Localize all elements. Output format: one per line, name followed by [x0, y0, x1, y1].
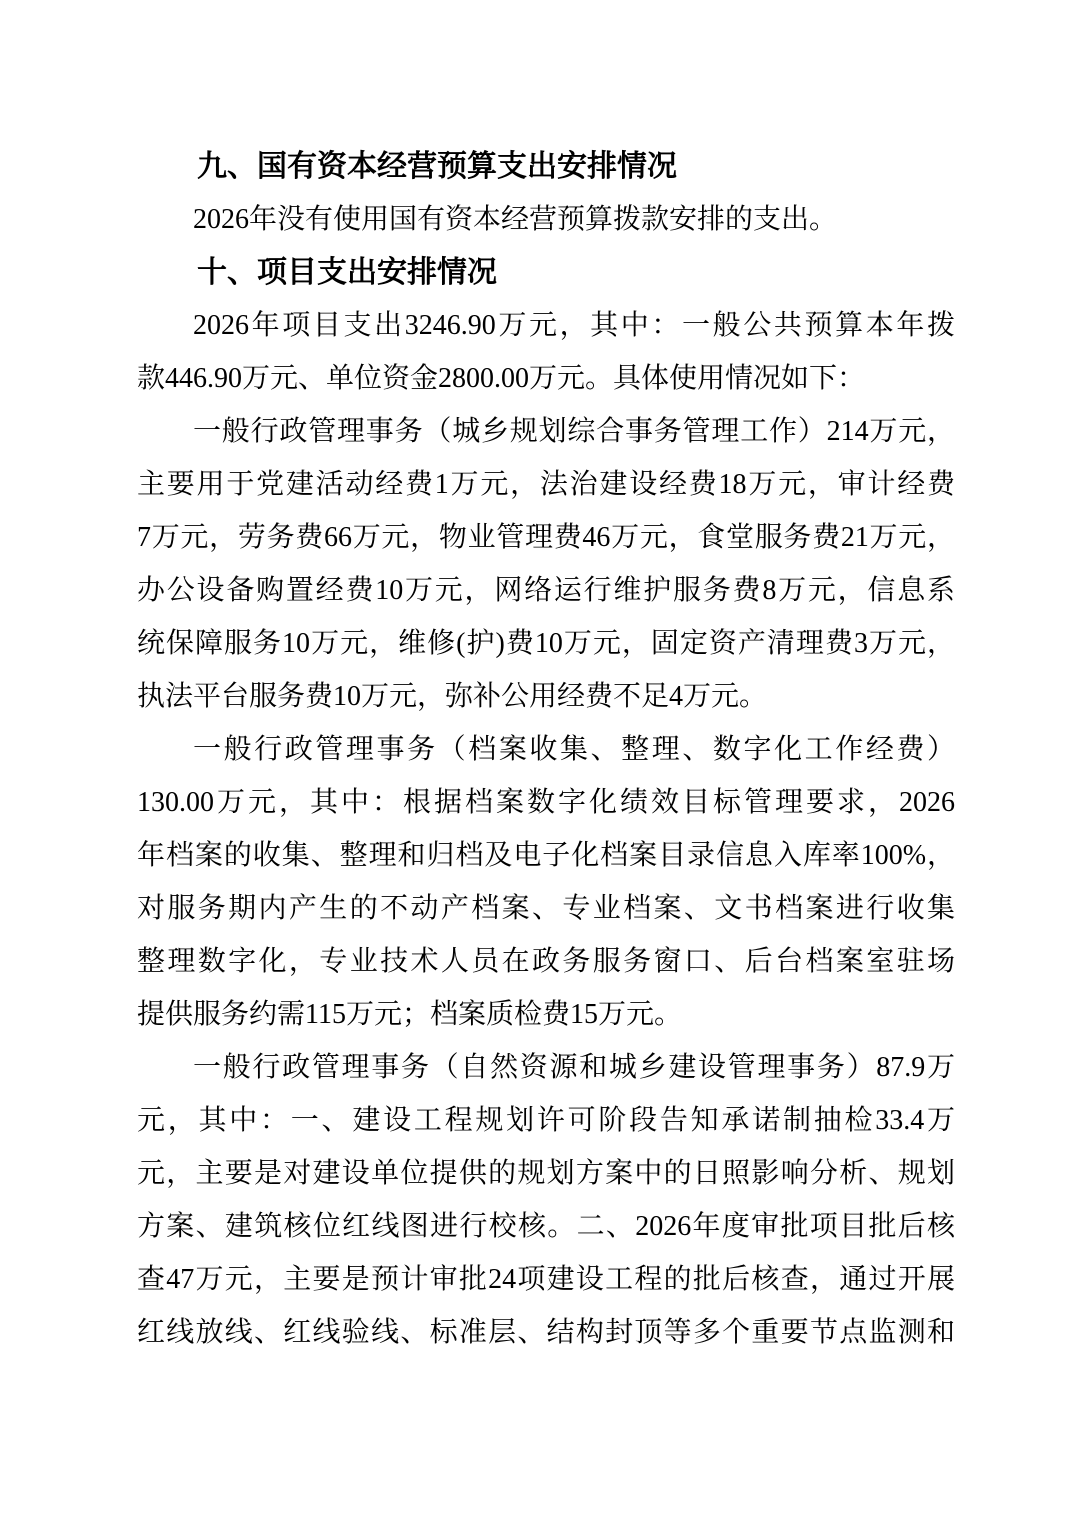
- paragraph-line: 130.00万元，其中：根据档案数字化绩效目标管理要求，2026: [137, 776, 955, 829]
- paragraph-line: 对服务期内产生的不动产档案、专业档案、文书档案进行收集: [137, 882, 955, 935]
- paragraph-line: 方案、建筑核位红线图进行校核。二、2026年度审批项目批后核: [137, 1200, 955, 1253]
- paragraph-line: 款446.90万元、单位资金2800.00万元。具体使用情况如下：: [137, 352, 955, 405]
- paragraph-line: 统保障服务10万元，维修(护)费10万元，固定资产清理费3万元，: [137, 617, 955, 670]
- document-page: 九、国有资本经营预算支出安排情况2026年没有使用国有资本经营预算拨款安排的支出…: [0, 0, 1075, 1520]
- paragraph-line: 办公设备购置经费10万元，网络运行维护服务费8万元，信息系: [137, 564, 955, 617]
- paragraph-line: 执法平台服务费10万元，弥补公用经费不足4万元。: [137, 670, 955, 723]
- paragraph-line: 提供服务约需115万元；档案质检费15万元。: [137, 988, 955, 1041]
- paragraph-line: 整理数字化，专业技术人员在政务服务窗口、后台档案室驻场: [137, 935, 955, 988]
- paragraph-line: 2026年没有使用国有资本经营预算拨款安排的支出。: [137, 193, 955, 246]
- paragraph-line: 年档案的收集、整理和归档及电子化档案目录信息入库率100%，: [137, 829, 955, 882]
- document-content: 九、国有资本经营预算支出安排情况2026年没有使用国有资本经营预算拨款安排的支出…: [137, 140, 955, 1359]
- section-heading: 十、项目支出安排情况: [137, 246, 955, 299]
- paragraph-line: 红线放线、红线验线、标准层、结构封顶等多个重要节点监测和: [137, 1306, 955, 1359]
- paragraph-line: 主要用于党建活动经费1万元，法治建设经费18万元，审计经费: [137, 458, 955, 511]
- section-heading: 九、国有资本经营预算支出安排情况: [137, 140, 955, 193]
- paragraph-line: 查47万元，主要是预计审批24项建设工程的批后核查，通过开展: [137, 1253, 955, 1306]
- paragraph-line: 元，其中：一、建设工程规划许可阶段告知承诺制抽检33.4万: [137, 1094, 955, 1147]
- paragraph-line: 一般行政管理事务（档案收集、整理、数字化工作经费）: [137, 723, 955, 776]
- paragraph-line: 一般行政管理事务（城乡规划综合事务管理工作）214万元，: [137, 405, 955, 458]
- paragraph-line: 一般行政管理事务（自然资源和城乡建设管理事务）87.9万: [137, 1041, 955, 1094]
- paragraph-line: 2026年项目支出3246.90万元，其中：一般公共预算本年拨: [137, 299, 955, 352]
- paragraph-line: 7万元，劳务费66万元，物业管理费46万元，食堂服务费21万元，: [137, 511, 955, 564]
- paragraph-line: 元，主要是对建设单位提供的规划方案中的日照影响分析、规划: [137, 1147, 955, 1200]
